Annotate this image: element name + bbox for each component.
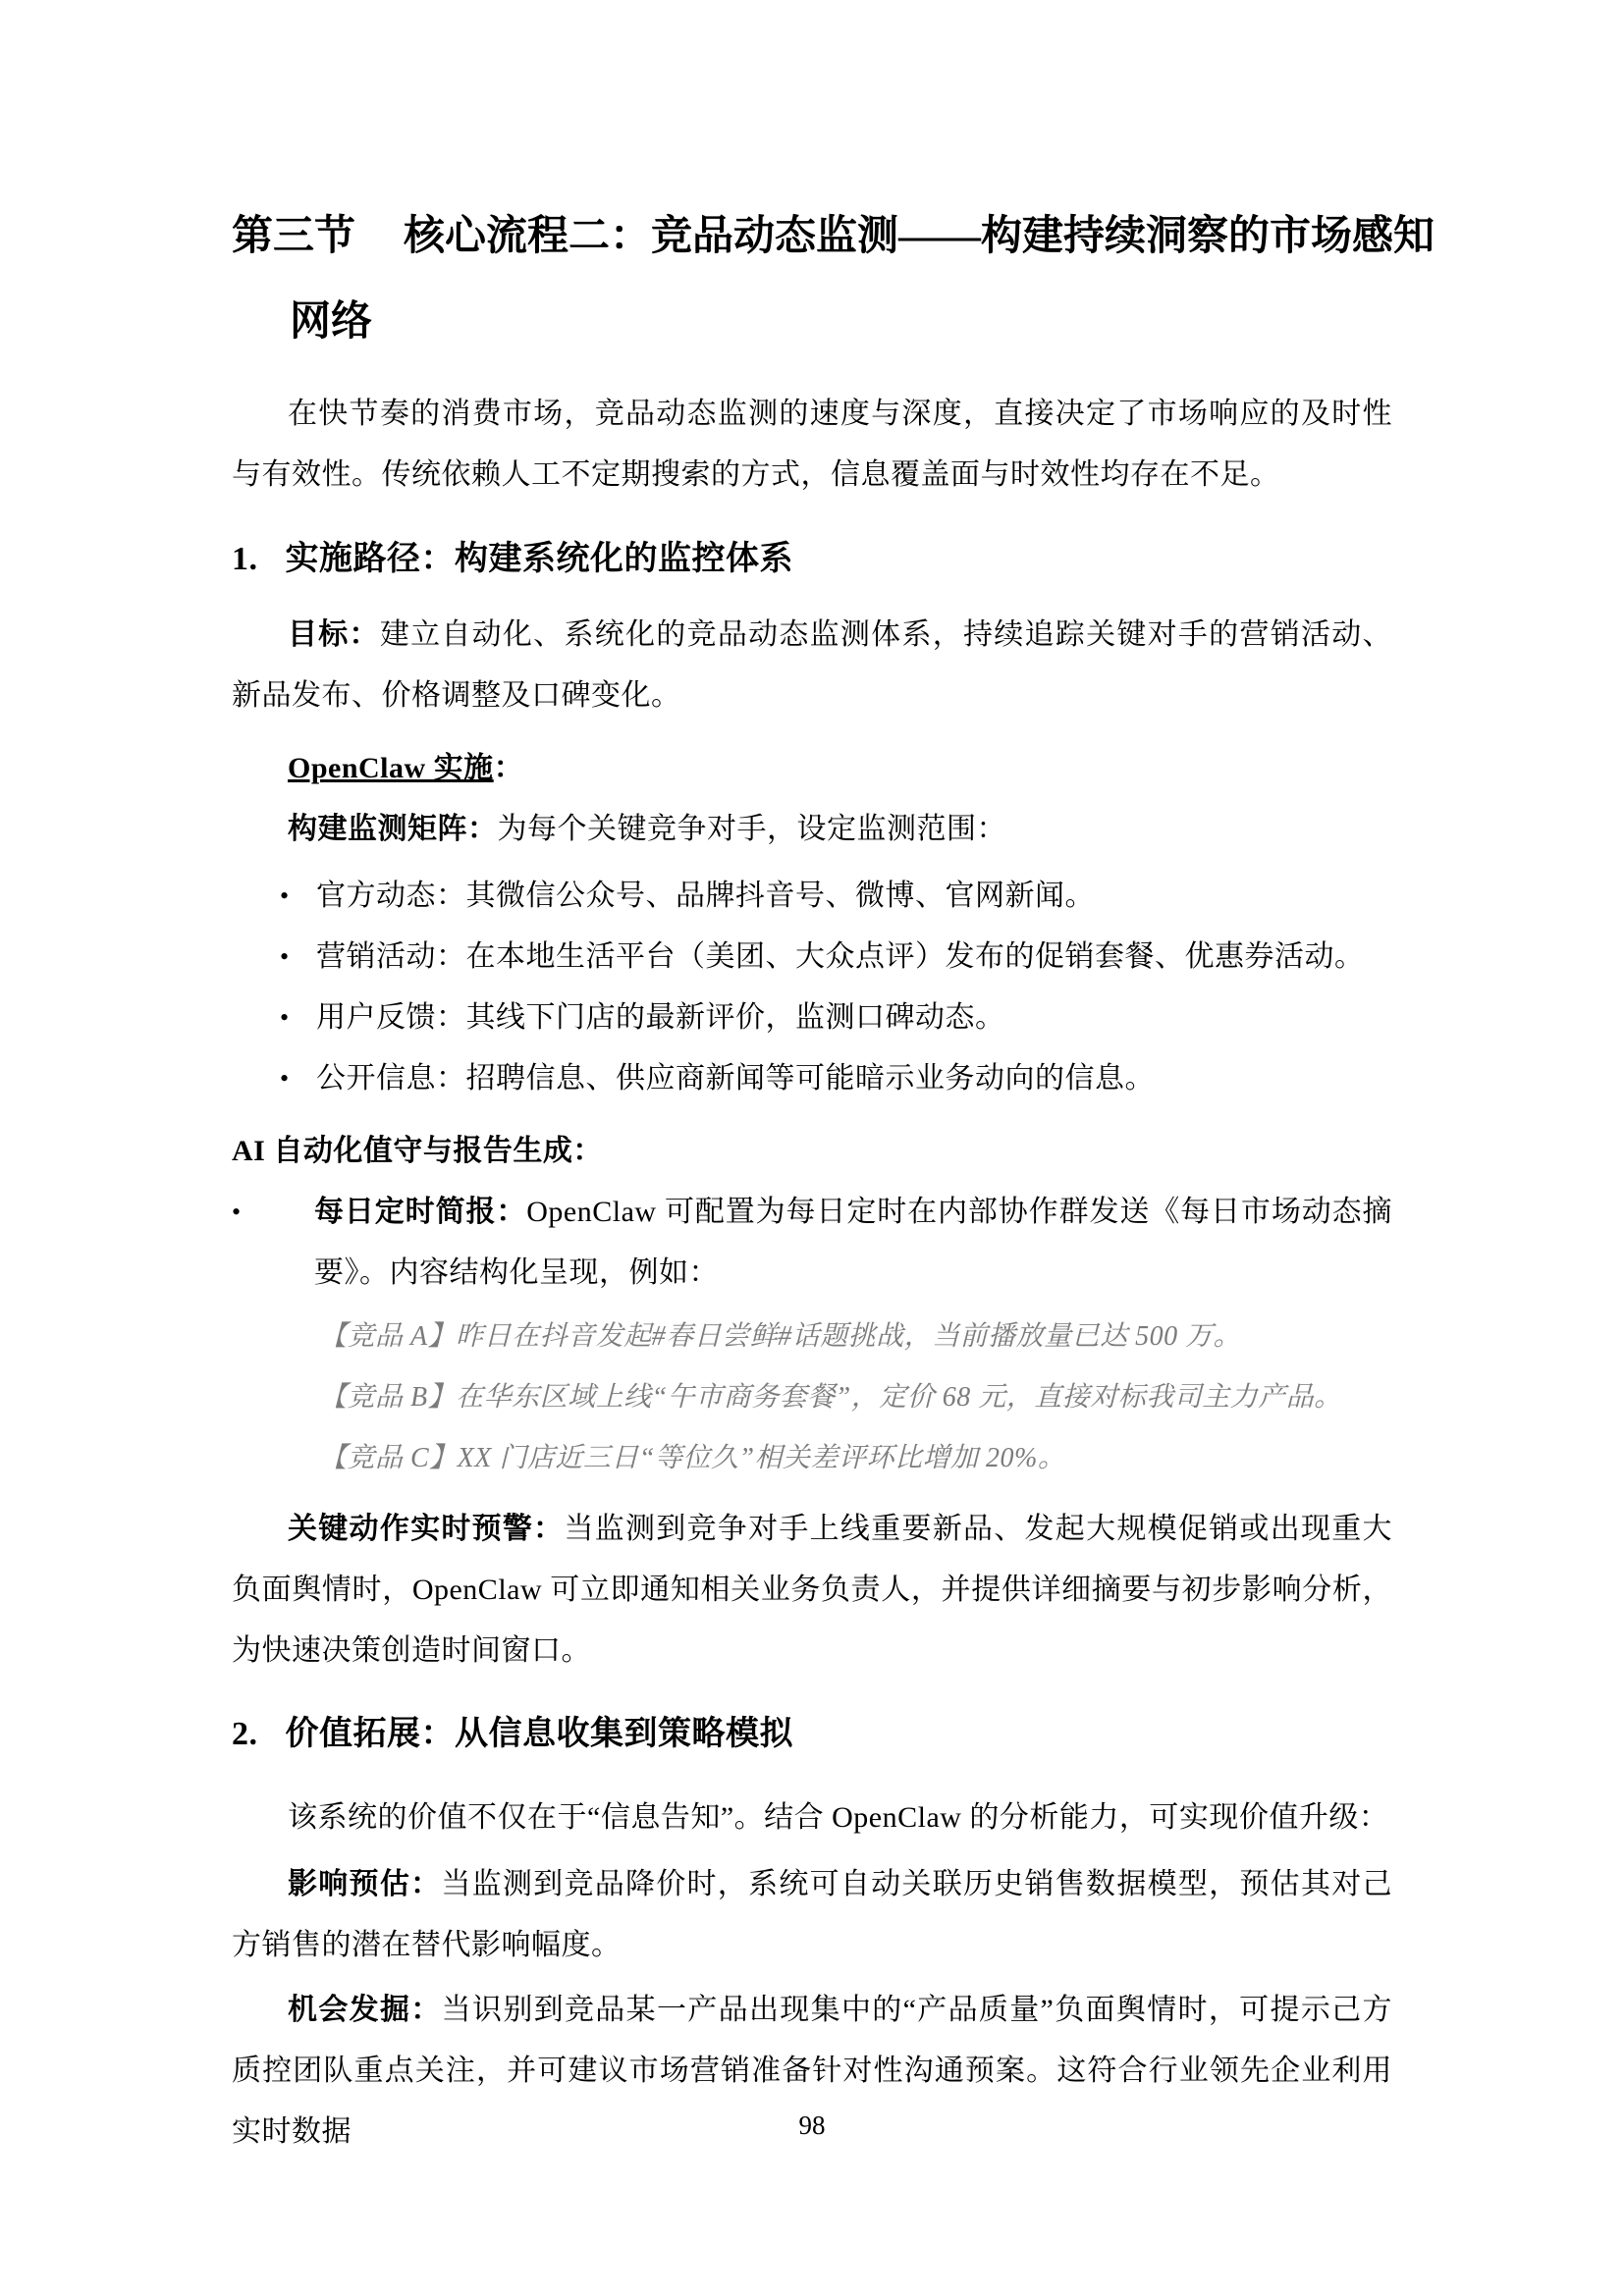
alert-paragraph: 关键动作实时预警：当监测到竞争对手上线重要新品、发起大规模促销或出现重大负面舆情… [232,1499,1392,1682]
opportunity-lead: 机会发掘： [288,1994,442,2026]
brief-example-quote: 【竞品 C】XX 门店近三日“等位久”相关差评环比增加 20%。 [232,1428,1392,1489]
matrix-paragraph: 构建监测矩阵：为每个关键竞争对手，设定监测范围： [232,799,1392,860]
matrix-bullet-list: • 官方动态：其微信公众号、品牌抖音号、微博、官网新闻。 • 营销活动：在本地生… [232,866,1392,1109]
bullet-icon: • [280,1048,316,1109]
ai-automation-heading: AI 自动化值守与报告生成： [232,1121,1392,1182]
list-item: • 官方动态：其微信公众号、品牌抖音号、微博、官网新闻。 [280,866,1392,927]
list-item-text: 官方动态：其微信公众号、品牌抖音号、微博、官网新闻。 [316,866,1392,927]
section-2-intro: 该系统的价值不仅在于“信息告知”。结合 OpenClaw 的分析能力，可实现价值… [232,1788,1392,1848]
impact-lead: 影响预估： [288,1868,441,1900]
section-1-title: 实施路径：构建系统化的监控体系 [286,541,794,577]
document-page: 第三节核心流程二：竞品动态监测——构建持续洞察的市场感知 网络 在快节奏的消费市… [0,0,1624,2296]
list-item: • 公开信息：招聘信息、供应商新闻等可能暗示业务动向的信息。 [280,1048,1392,1109]
section-1-number: 1. [232,541,258,577]
intro-paragraph: 在快节奏的消费市场，竞品动态监测的速度与深度，直接决定了市场响应的及时性与有效性… [232,384,1392,506]
brief-example-quote: 【竞品 B】在华东区域上线“午市商务套餐”，定价 68 元，直接对标我司主力产品… [232,1367,1392,1428]
brief-example-quote: 【竞品 A】昨日在抖音发起#春日尝鲜#话题挑战，当前播放量已达 500 万。 [232,1307,1392,1367]
chapter-title-line1: 第三节核心流程二：竞品动态监测——构建持续洞察的市场感知 [232,194,1392,280]
goal-paragraph: 目标：建立自动化、系统化的竞品动态监测体系，持续追踪关键对手的营销活动、新品发布… [232,605,1392,726]
matrix-text: 为每个关键竞争对手，设定监测范围： [498,813,1007,845]
list-item: • 营销活动：在本地生活平台（美团、大众点评）发布的促销套餐、优惠券活动。 [280,927,1392,988]
alert-lead: 关键动作实时预警： [288,1513,564,1545]
daily-brief-item: • 每日定时简报：OpenClaw 可配置为每日定时在内部协作群发送《每日市场动… [232,1182,1392,1304]
openclaw-impl-heading: OpenClaw 实施： [232,738,1392,799]
section-1-heading: 1.实施路径：构建系统化的监控体系 [232,528,1392,591]
goal-lead: 目标： [288,618,380,651]
brief-examples: 【竞品 A】昨日在抖音发起#春日尝鲜#话题挑战，当前播放量已达 500 万。 【… [232,1307,1392,1489]
openclaw-impl-label: OpenClaw 实施 [288,752,494,784]
document-content: 第三节核心流程二：竞品动态监测——构建持续洞察的市场感知 网络 在快节奏的消费市… [232,194,1392,2163]
matrix-lead: 构建监测矩阵： [288,813,498,845]
openclaw-impl-colon: ： [494,752,524,784]
chapter-number: 第三节 [232,214,355,259]
list-item-text: 营销活动：在本地生活平台（美团、大众点评）发布的促销套餐、优惠券活动。 [316,927,1392,988]
bullet-icon: • [280,988,316,1048]
list-item-text: 公开信息：招聘信息、供应商新闻等可能暗示业务动向的信息。 [316,1048,1392,1109]
bullet-icon: • [280,866,316,927]
section-2-number: 2. [232,1716,258,1752]
bullet-icon: • [232,1182,314,1304]
list-item-text: 用户反馈：其线下门店的最新评价，监测口碑动态。 [316,988,1392,1048]
goal-text: 建立自动化、系统化的竞品动态监测体系，持续追踪关键对手的营销活动、新品发布、价格… [232,618,1392,712]
impact-paragraph: 影响预估：当监测到竞品降价时，系统可自动关联历史销售数据模型，预估其对己方销售的… [232,1854,1392,1976]
section-2-title: 价值拓展：从信息收集到策略模拟 [286,1716,794,1752]
list-item: • 用户反馈：其线下门店的最新评价，监测口碑动态。 [280,988,1392,1048]
daily-brief-text: 每日定时简报：OpenClaw 可配置为每日定时在内部协作群发送《每日市场动态摘… [314,1182,1392,1304]
section-2-heading: 2.价值拓展：从信息收集到策略模拟 [232,1703,1392,1766]
bullet-icon: • [280,927,316,988]
chapter-title: 第三节核心流程二：竞品动态监测——构建持续洞察的市场感知 网络 [232,194,1392,365]
chapter-title-text: 核心流程二：竞品动态监测——构建持续洞察的市场感知 [404,214,1435,259]
chapter-title-line2: 网络 [232,280,1392,365]
page-number: 98 [0,2109,1624,2142]
daily-brief-lead: 每日定时简报： [314,1196,526,1228]
